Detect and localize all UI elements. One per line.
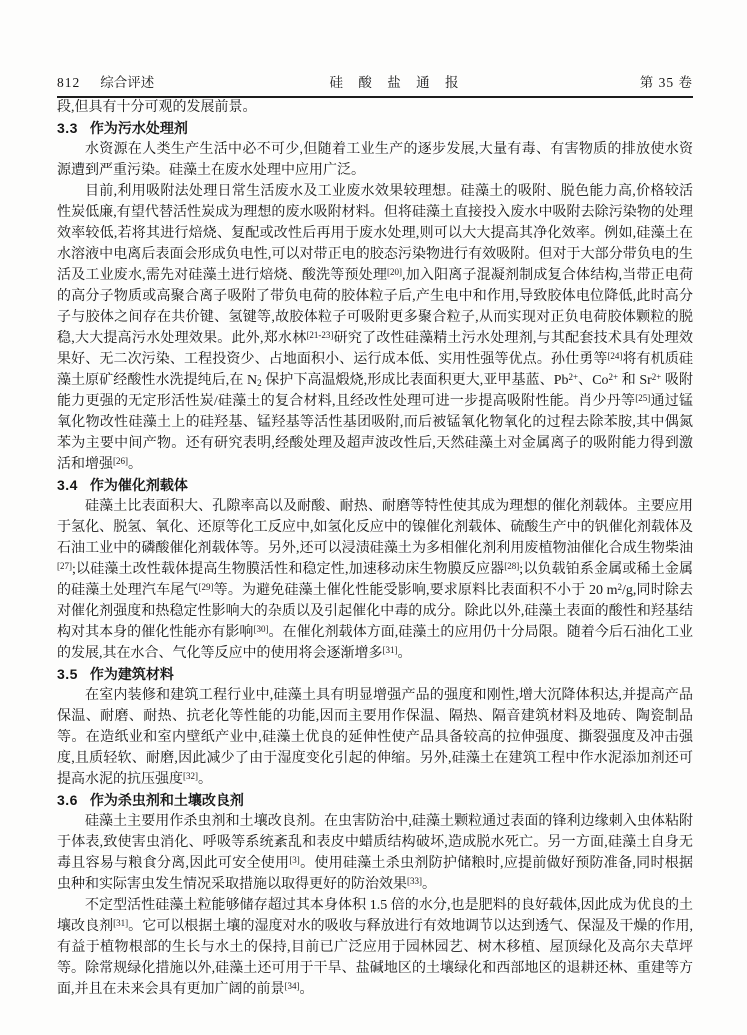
volume-number: 第 35 卷 — [640, 71, 693, 91]
citation-ref: [29] — [199, 582, 214, 592]
citation-ref: [20] — [387, 267, 402, 277]
citation-ref: [32] — [183, 771, 198, 781]
citation-ref: [27] — [57, 561, 72, 571]
citation-ref: [3] — [289, 855, 300, 865]
citation-ref: [21-23] — [306, 330, 333, 340]
section-number: 3.5 — [57, 666, 78, 682]
citation-ref: 2 — [618, 582, 623, 592]
chemical-subscript: 2 — [257, 378, 262, 388]
citation-ref: 2+ — [652, 372, 662, 382]
citation-ref: [31] — [113, 918, 128, 928]
citation-ref: [28] — [504, 561, 519, 571]
body-paragraph: 目前,利用吸附法处理日常生活废水及工业废水效果较理想。硅藻土的吸附、脱色能力高,… — [57, 181, 693, 475]
citation-ref: [30] — [253, 624, 268, 634]
citation-ref: [24] — [607, 351, 622, 361]
section-title: 作为杀虫剂和土壤改良剂 — [90, 792, 244, 808]
column-title: 综合评述 — [100, 71, 154, 91]
section-heading-3.3: 3.3作为污水处理剂 — [57, 118, 693, 139]
body-paragraph: 硅藻土比表面积大、孔隙率高以及耐酸、耐热、耐磨等特性使其成为理想的催化剂载体。主… — [57, 496, 693, 664]
page-number: 812 — [57, 75, 80, 91]
section-title: 作为催化剂载体 — [90, 477, 188, 493]
section-number: 3.3 — [57, 120, 78, 136]
section-heading-3.6: 3.6作为杀虫剂和土壤改良剂 — [57, 790, 693, 811]
journal-title: 硅 酸 盐 通 报 — [330, 71, 465, 91]
body-paragraph: 水资源在人类生产生活中必不可少,但随着工业生产的逐步发展,大量有毒、有害物质的排… — [57, 139, 693, 181]
citation-ref: [26] — [113, 456, 128, 466]
section-number: 3.4 — [57, 477, 78, 493]
section-heading-3.4: 3.4作为催化剂载体 — [57, 475, 693, 496]
citation-ref: 2+ — [609, 372, 619, 382]
journal-page: 812 综合评述 硅 酸 盐 通 报 第 35 卷 段,但具有十分可观的发展前景… — [0, 0, 747, 1035]
section-heading-3.5: 3.5作为建筑材料 — [57, 664, 693, 685]
header-left: 812 综合评述 — [57, 71, 154, 91]
continued-paragraph: 段,但具有十分可观的发展前景。 — [57, 97, 693, 118]
running-header: 812 综合评述 硅 酸 盐 通 报 第 35 卷 — [57, 71, 693, 98]
body-paragraph: 不定型活性硅藻土粒能够储存超过其本身体积 1.5 倍的水分,也是肥料的良好载体,… — [57, 895, 693, 1000]
citation-ref: [33] — [407, 876, 422, 886]
citation-ref: [34] — [285, 981, 300, 991]
citation-ref: 2+ — [568, 372, 578, 382]
body-paragraph: 在室内装修和建筑工程行业中,硅藻土具有明显增强产品的强度和刚性,增大沉降体积达,… — [57, 685, 693, 790]
citation-ref: [25] — [635, 393, 650, 403]
citation-ref: [31] — [383, 645, 398, 655]
section-title: 作为污水处理剂 — [90, 120, 188, 136]
article-body: 段,但具有十分可观的发展前景。3.3作为污水处理剂水资源在人类生产生活中必不可少… — [57, 97, 693, 1000]
section-number: 3.6 — [57, 792, 78, 808]
section-title: 作为建筑材料 — [90, 666, 174, 682]
body-paragraph: 硅藻土主要用作杀虫剂和土壤改良剂。在虫害防治中,硅藻土颗粒通过表面的锋利边缘刺入… — [57, 811, 693, 895]
